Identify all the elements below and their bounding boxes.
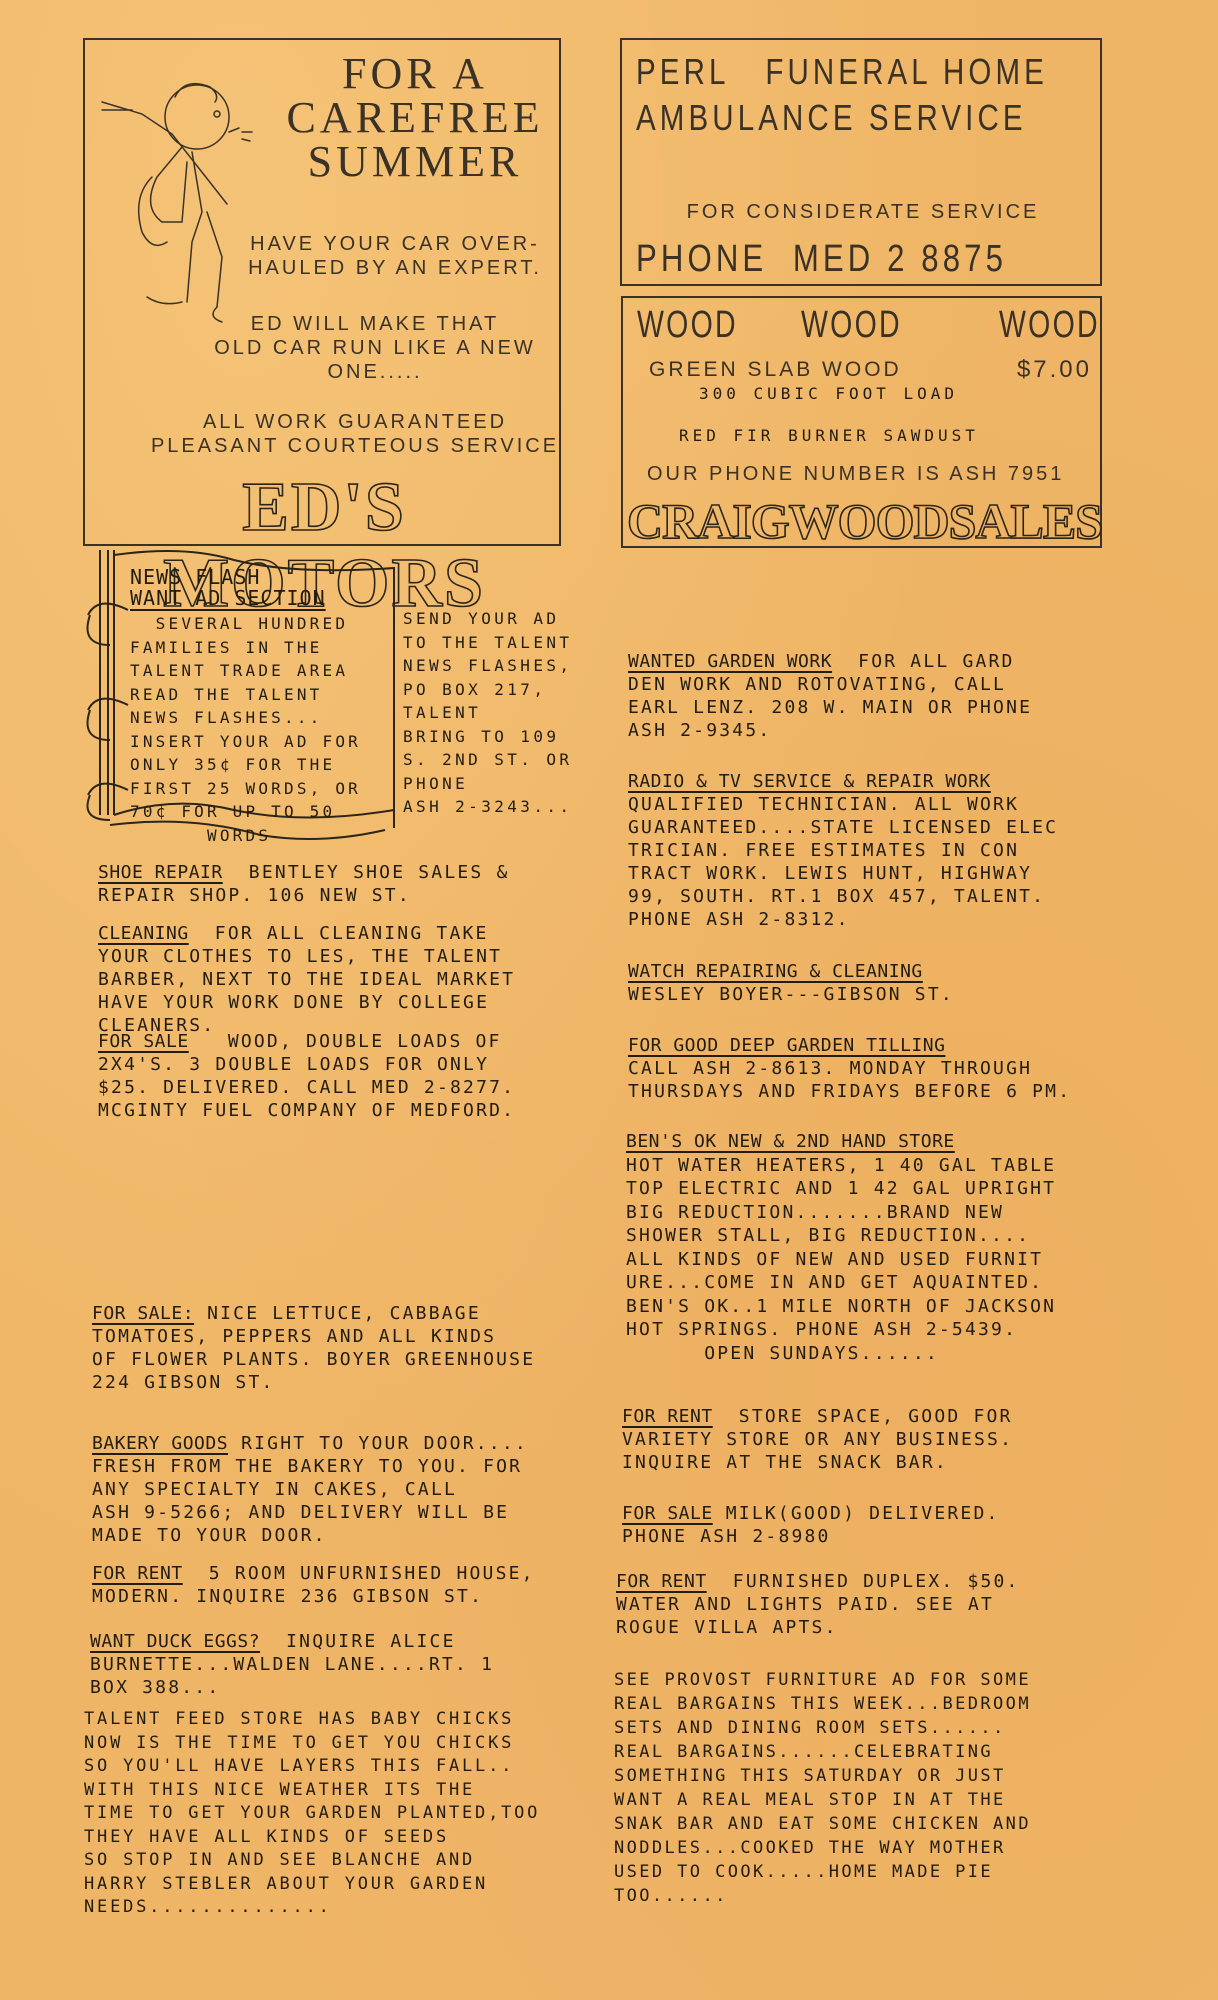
ad-heading: RADIO & TV SERVICE & REPAIR WORK [628,771,991,792]
ad-heading: WATCH REPAIRING & CLEANING [628,961,923,982]
funeral-tagline: FOR CONSIDERATE SERVICE [622,200,1104,224]
funeral-phone: PHONE MED 2 8875 [636,238,1007,280]
ad-heading: WANT DUCK EGGS? [90,1631,260,1652]
headline-line-1: FOR A [280,52,550,96]
ad-shoe-repair: SHOE REPAIR BENTLEY SHOE SALES & REPAIR … [98,861,598,907]
ad-heading: FOR SALE: [92,1303,194,1324]
ad-text: QUALIFIED TECHNICIAN. ALL WORK GUARANTEE… [628,794,1058,930]
ad-text: CALL ASH 2-8613. MONDAY THROUGH THURSDAY… [628,1058,1071,1102]
ad-provost-snack-bar: SEE PROVOST FURNITURE AD FOR SOME REAL B… [614,1668,1114,1908]
ad-watch-repairing: WATCH REPAIRING & CLEANING WESLEY BOYER-… [628,960,1108,1006]
ad-bakery-goods: BAKERY GOODS RIGHT TO YOUR DOOR.... FRES… [92,1432,602,1547]
headline-line-3: SUMMER [280,140,550,184]
ad-heading: FOR RENT [622,1406,713,1427]
ad-heading: BEN'S OK NEW & 2ND HAND STORE [626,1131,955,1152]
eds-motors-ad: FOR A CAREFREE SUMMER HAVE YOUR CAR OVER… [83,38,561,546]
ad-heading: FOR RENT [616,1571,707,1592]
ad-bens-ok-store: BEN'S OK NEW & 2ND HAND STORE HOT WATER … [626,1130,1116,1365]
ad-text: WESLEY BOYER---GIBSON ST. [628,984,954,1005]
ad-cleaning: CLEANING FOR ALL CLEANING TAKE YOUR CLOT… [98,922,598,1037]
ad-for-rent-duplex: FOR RENT FURNISHED DUPLEX. $50. WATER AN… [616,1570,1111,1639]
news-flash-body: SEVERAL HUNDRED FAMILIES IN THE TALENT T… [130,612,361,847]
ad-heading: FOR SALE [622,1503,713,1524]
ad-heading: FOR GOOD DEEP GARDEN TILLING [628,1035,945,1056]
funeral-home-ad: PERL FUNERAL HOME AMBULANCE SERVICE FOR … [620,38,1102,286]
craig-wood-sales-name: CRAIGWOODSALES [627,494,1099,548]
ad-for-rent-store-space: FOR RENT STORE SPACE, GOOD FOR VARIETY S… [622,1405,1112,1474]
news-flash-side: SEND YOUR AD TO THE TALENT NEWS FLASHES,… [403,607,572,819]
wood-price: $7.00 [1017,358,1092,382]
eds-body-1: HAVE YOUR CAR OVER- HAULED BY AN EXPERT. [235,232,555,280]
ad-talent-feed-store: TALENT FEED STORE HAS BABY CHICKS NOW IS… [84,1708,604,1920]
wood-banner-2: WOOD [801,304,902,346]
wood-load: 300 CUBIC FOOT LOAD [699,382,958,405]
wood-item: GREEN SLAB WOOD [649,358,902,382]
ad-for-sale-wood: FOR SALE WOOD, DOUBLE LOADS OF 2X4'S. 3 … [98,1030,598,1122]
ad-wanted-garden-work: WANTED GARDEN WORK FOR ALL GARD DEN WORK… [628,650,1108,742]
ad-text: HOT WATER HEATERS, 1 40 GAL TABLE TOP EL… [626,1155,1056,1364]
ad-heading: CLEANING [98,923,189,944]
craig-wood-sales-ad: WOOD WOOD WOOD GREEN SLAB WOOD $7.00 300… [621,296,1102,548]
funeral-line-1: PERL FUNERAL HOME [636,52,1048,92]
ad-heading: FOR RENT [92,1563,183,1584]
ad-heading: WANTED GARDEN WORK [628,651,832,672]
ad-heading: BAKERY GOODS [92,1433,228,1454]
boy-whistling-illustration-icon [97,62,282,342]
ad-text: SEE PROVOST FURNITURE AD FOR SOME REAL B… [614,1670,1031,1906]
ad-duck-eggs: WANT DUCK EGGS? INQUIRE ALICE BURNETTE..… [90,1630,600,1699]
ad-heading: FOR SALE [98,1031,189,1052]
news-flash-subtitle: WANT AD SECTION [130,587,326,610]
headline-line-2: CAREFREE [280,96,550,140]
wood-phone: OUR PHONE NUMBER IS ASH 7951 [647,462,1064,486]
ad-garden-tilling: FOR GOOD DEEP GARDEN TILLING CALL ASH 2-… [628,1034,1118,1103]
ad-heading: SHOE REPAIR [98,862,223,883]
eds-body-3: ALL WORK GUARANTEED PLEASANT COURTEOUS S… [145,410,565,458]
funeral-line-2: AMBULANCE SERVICE [636,98,1027,138]
wood-banner-3: WOOD [999,304,1100,346]
wood-sawdust: RED FIR BURNER SAWDUST [679,424,979,447]
eds-headline: FOR A CAREFREE SUMMER [280,52,550,184]
eds-body-2: ED WILL MAKE THAT OLD CAR RUN LIKE A NEW… [195,312,555,384]
ad-text: TALENT FEED STORE HAS BABY CHICKS NOW IS… [84,1709,540,1917]
wood-banner-1: WOOD [637,304,738,346]
ad-for-sale-milk: FOR SALE MILK(GOOD) DELIVERED. PHONE ASH… [622,1502,1112,1548]
ad-for-rent-house: FOR RENT 5 ROOM UNFURNISHED HOUSE, MODER… [92,1562,602,1608]
ad-radio-tv-service: RADIO & TV SERVICE & REPAIR WORK QUALIFI… [628,770,1108,931]
ad-for-sale-plants: FOR SALE: NICE LETTUCE, CABBAGE TOMATOES… [92,1302,592,1394]
